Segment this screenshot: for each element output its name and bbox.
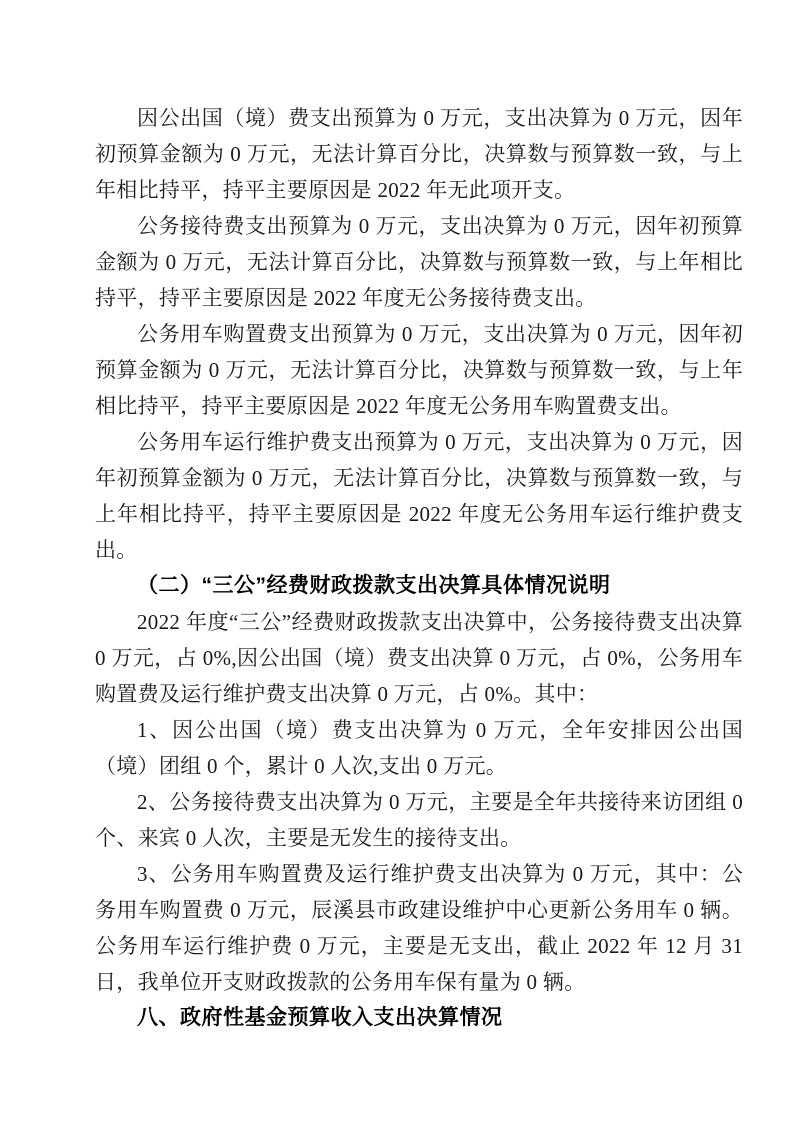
heading-section-2-three-public-expense-details: （二）“三公”经费财政拨款支出决算具体情况说明 <box>95 568 743 604</box>
document-body: 因公出国（境）费支出预算为 0 万元，支出决算为 0 万元，因年初预算金额为 0… <box>95 100 743 1036</box>
para-official-reception-budget: 公务接待费支出预算为 0 万元，支出决算为 0 万元，因年初预算金额为 0 万元… <box>95 208 743 316</box>
para-three-public-expense-overview: 2022 年度“三公”经费财政拨款支出决算中，公务接待费支出决算 0 万元，占 … <box>95 604 743 712</box>
para-vehicle-maintenance-budget: 公务用车运行维护费支出预算为 0 万元，支出决算为 0 万元，因年初预算金额为 … <box>95 424 743 568</box>
para-vehicle-purchase-budget: 公务用车购置费支出预算为 0 万元，支出决算为 0 万元，因年初预算金额为 0 … <box>95 316 743 424</box>
para-item-2-official-reception: 2、公务接待费支出决算为 0 万元，主要是全年共接待来访团组 0 个、来宾 0 … <box>95 784 743 856</box>
para-item-1-outbound-travel: 1、因公出国（境）费支出决算为 0 万元，全年安排因公出国（境）团组 0 个，累… <box>95 712 743 784</box>
heading-section-8-government-fund-budget: 八、政府性基金预算收入支出决算情况 <box>95 1000 743 1036</box>
para-outbound-travel-budget: 因公出国（境）费支出预算为 0 万元，支出决算为 0 万元，因年初预算金额为 0… <box>95 100 743 208</box>
document-page: 因公出国（境）费支出预算为 0 万元，支出决算为 0 万元，因年初预算金额为 0… <box>0 0 793 1122</box>
para-item-3-official-vehicles: 3、公务用车购置费及运行维护费支出决算为 0 万元，其中：公务用车购置费 0 万… <box>95 856 743 1000</box>
